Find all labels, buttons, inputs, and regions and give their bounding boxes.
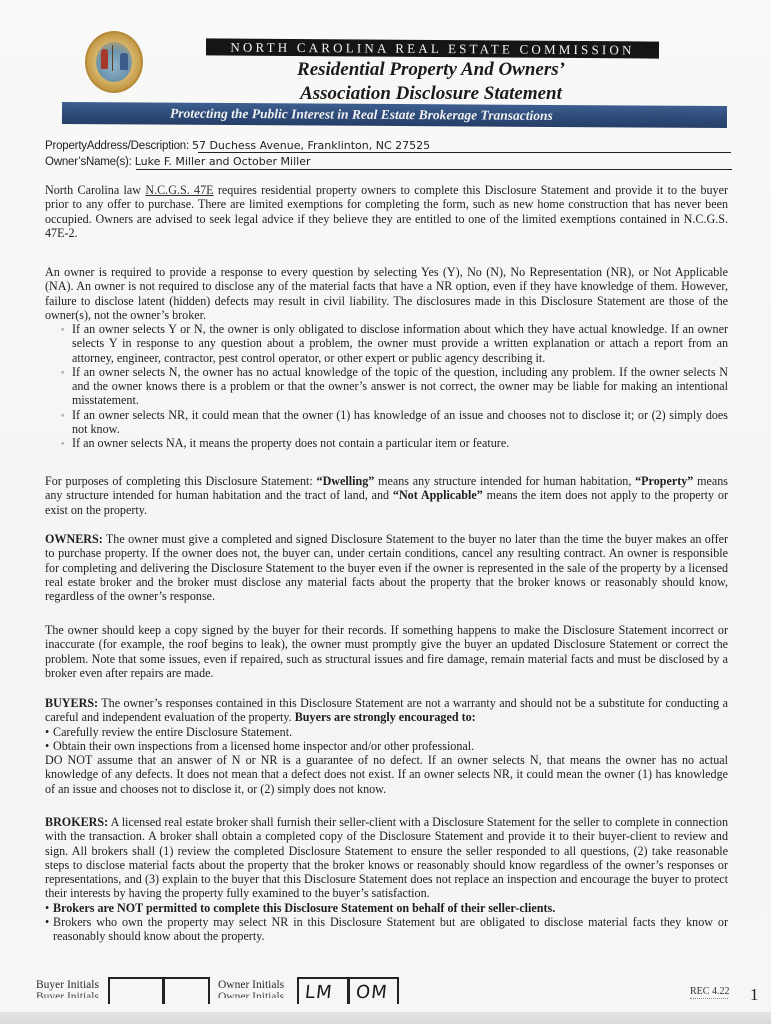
intro-text-a: North Carolina law (45, 183, 145, 197)
property-address-field: PropertyAddress/Description: 57 Duchess … (45, 138, 430, 153)
owner-initials-box-2[interactable]: OM (347, 977, 399, 1004)
owner-names-field: Owner’sName(s): Luke F. Miller and Octob… (45, 154, 311, 169)
buyers-list: Carefully review the entire Disclosure S… (45, 725, 728, 754)
response-requirements-paragraph: An owner is required to provide a respon… (45, 265, 728, 322)
disclosure-page: NORTH CAROLINA REAL ESTATE COMMISSION Re… (0, 0, 771, 1024)
commission-seal-icon (85, 31, 143, 93)
owners-heading: OWNERS: (45, 532, 103, 546)
owner-initial-1: LM (304, 982, 334, 1003)
property-address-value[interactable]: 57 Duchess Avenue, Franklinton, NC 27525 (192, 139, 430, 152)
buyers-warning: DO NOT assume that an answer of N or NR … (45, 753, 728, 796)
brokers-section: BROKERS: A licensed real estate broker s… (45, 815, 728, 944)
list-item: Obtain their own inspections from a lice… (45, 739, 728, 753)
definitions-text: means any structure intended for human h… (374, 474, 635, 488)
buyer-initials-text-repeat: Buyer Initials (36, 991, 99, 998)
form-code: REC 4.22 (690, 986, 729, 997)
intro-paragraph: North Carolina law N.C.G.S. 47E requires… (45, 183, 728, 240)
owner-initials-box-1[interactable]: LM (297, 977, 347, 1004)
property-address-label: PropertyAddress/Description: (45, 140, 189, 152)
definitions-text: For purposes of completing this Disclosu… (45, 474, 317, 488)
buyers-section: BUYERS: The owner’s responses contained … (45, 696, 728, 796)
buyers-heading: BUYERS: (45, 696, 98, 710)
property-address-underline (198, 152, 731, 153)
response-options-list: If an owner selects Y or N, the owner is… (57, 322, 728, 451)
owner-initials-label: Owner Initials Owner Initials (218, 979, 284, 998)
page-number: 1 (750, 985, 759, 1005)
owner-names-underline (136, 169, 732, 170)
definitions-paragraph: For purposes of completing this Disclosu… (45, 474, 728, 517)
document-title-line-1: Residential Property And Owners’ (181, 59, 681, 81)
term-not-applicable: “Not Applicable” (393, 488, 483, 502)
list-item: If an owner selects Y or N, the owner is… (57, 322, 728, 365)
owners-text: The owner must give a completed and sign… (45, 532, 728, 603)
list-item: If an owner selects NA, it means the pro… (57, 436, 728, 450)
list-item: Brokers who own the property may select … (45, 915, 728, 944)
owners-section: OWNERS: The owner must give a completed … (45, 532, 728, 603)
form-code-text: REC 4.22 (690, 986, 729, 997)
keep-copy-paragraph: The owner should keep a copy signed by t… (45, 623, 728, 680)
brokers-list: Brokers are NOT permitted to complete th… (45, 901, 728, 944)
brokers-heading: BROKERS: (45, 815, 108, 829)
buyer-initials-text: Buyer Initials (36, 979, 99, 991)
brokers-not-permitted: Brokers are NOT permitted to complete th… (53, 901, 555, 915)
owner-names-label: Owner’sName(s): (45, 156, 132, 168)
owner-names-value[interactable]: Luke F. Miller and October Miller (135, 155, 311, 168)
list-item: Brokers are NOT permitted to complete th… (45, 901, 728, 915)
list-item: Carefully review the entire Disclosure S… (45, 725, 728, 739)
buyer-initials-box-1[interactable] (108, 977, 162, 1004)
owner-initials-text-repeat: Owner Initials (218, 991, 284, 998)
buyer-initials-box-2[interactable] (162, 977, 210, 1004)
buyer-initials-label: Buyer Initials Buyer Initials (36, 979, 99, 998)
list-item: If an owner selects N, the owner has no … (57, 365, 728, 408)
tagline-banner: Protecting the Public Interest in Real E… (62, 102, 727, 128)
list-item: If an owner selects NR, it could mean th… (57, 408, 728, 437)
owner-initial-2: OM (355, 982, 389, 1003)
commission-name: NORTH CAROLINA REAL ESTATE COMMISSION (206, 38, 659, 58)
term-property: “Property” (635, 474, 693, 488)
owner-initials-text: Owner Initials (218, 979, 284, 991)
document-title-line-2: Association Disclosure Statement (181, 83, 681, 105)
term-dwelling: “Dwelling” (317, 474, 375, 488)
statute-link[interactable]: N.C.G.S. 47E (145, 183, 213, 197)
buyers-encouraged: Buyers are strongly encouraged to: (295, 710, 476, 724)
brokers-text: A licensed real estate broker shall furn… (45, 815, 728, 900)
paper-edge (0, 1012, 771, 1024)
